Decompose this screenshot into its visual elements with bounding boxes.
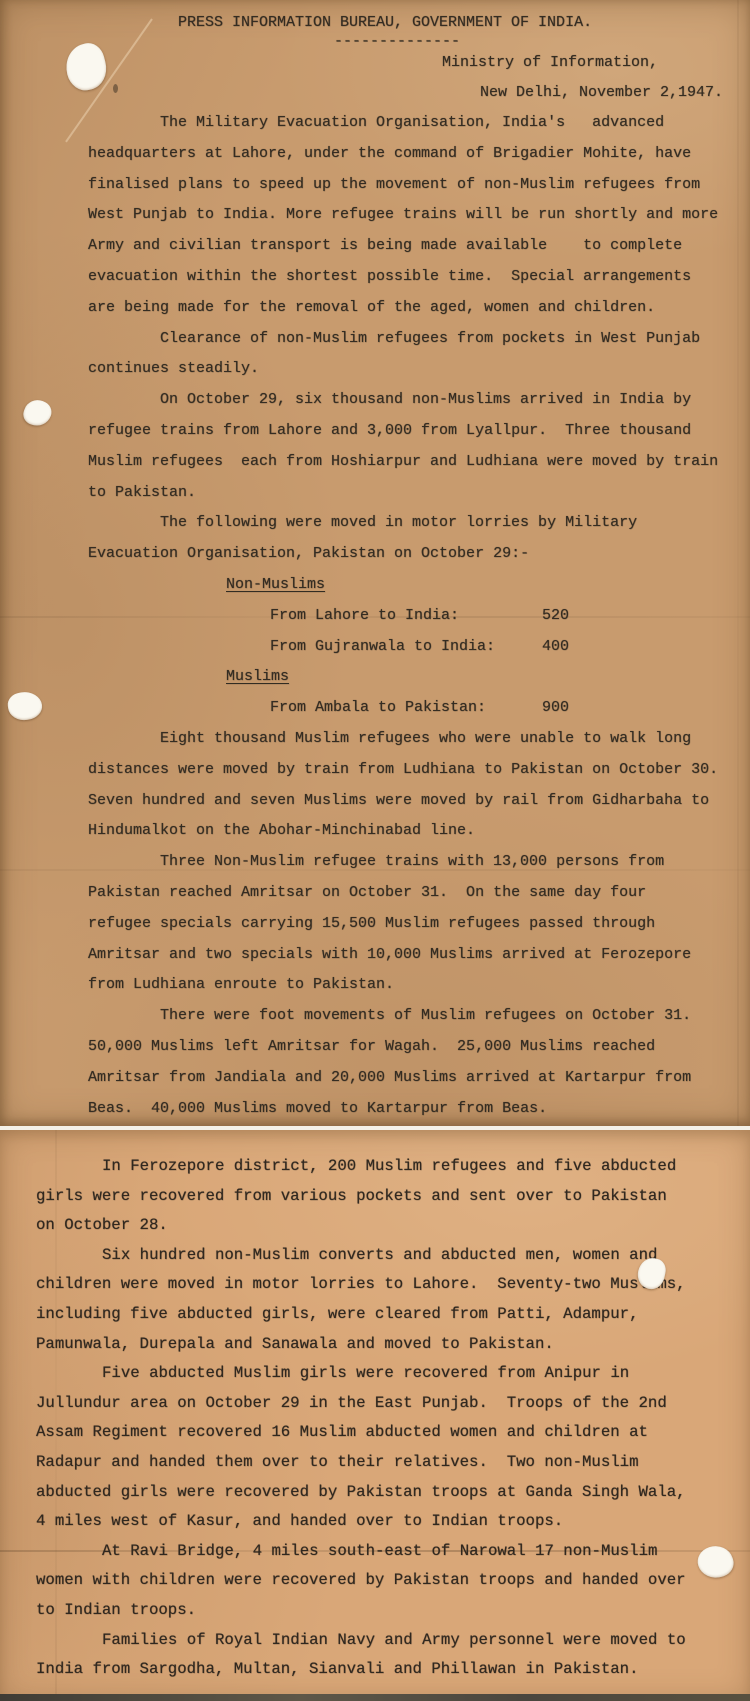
- paragraph-9: Six hundred non-Muslim converts and abdu…: [36, 1241, 732, 1359]
- paragraph-1: The Military Evacuation Organisation, In…: [88, 108, 728, 324]
- scan-segment-lower: In Ferozepore district, 200 Muslim refug…: [0, 1130, 750, 1701]
- table-heading-non-muslims: Non-Muslims: [226, 570, 728, 601]
- paragraph-11: At Ravi Bridge, 4 miles south-east of Na…: [36, 1537, 732, 1626]
- paragraph-10: Five abducted Muslim girls were recovere…: [36, 1359, 732, 1537]
- table-route: From Ambala to Pakistan:: [270, 693, 542, 724]
- table-route: From Gujranwala to India:: [270, 632, 542, 663]
- paragraph-5: Eight thousand Muslim refugees who were …: [88, 724, 728, 847]
- table-row: From Ambala to Pakistan: 900: [270, 693, 728, 724]
- typewritten-text-upper: PRESS INFORMATION BUREAU, GOVERNMENT OF …: [0, 0, 750, 1124]
- table-heading-muslims: Muslims: [226, 662, 728, 693]
- paragraph-8: In Ferozepore district, 200 Muslim refug…: [36, 1152, 732, 1241]
- scan-bottom-edge: [0, 1694, 750, 1701]
- table-row: From Lahore to India: 520: [270, 601, 728, 632]
- ministry-line: Ministry of Information,: [442, 48, 728, 78]
- title-underline: --------------: [334, 36, 728, 48]
- document-scan: PRESS INFORMATION BUREAU, GOVERNMENT OF …: [0, 0, 750, 1701]
- table-value: 520: [542, 601, 569, 632]
- table-value: 900: [542, 693, 569, 724]
- paragraph-7: There were foot movements of Muslim refu…: [88, 1001, 728, 1124]
- paragraph-12: Families of Royal Indian Navy and Army p…: [36, 1626, 732, 1685]
- paragraph-6: Three Non-Muslim refugee trains with 13,…: [88, 847, 728, 1001]
- scan-segment-upper: PRESS INFORMATION BUREAU, GOVERNMENT OF …: [0, 0, 750, 1126]
- paragraph-2: Clearance of non-Muslim refugees from po…: [88, 324, 728, 386]
- paragraph-3: On October 29, six thousand non-Muslims …: [88, 385, 728, 508]
- dateline: New Delhi, November 2,1947.: [480, 78, 728, 108]
- ink-speck: [113, 84, 118, 93]
- table-row: From Gujranwala to India: 400: [270, 632, 728, 663]
- table-route: From Lahore to India:: [270, 601, 542, 632]
- typewritten-text-lower: In Ferozepore district, 200 Muslim refug…: [0, 1130, 750, 1685]
- table-value: 400: [542, 632, 569, 663]
- paragraph-4: The following were moved in motor lorrie…: [88, 508, 728, 570]
